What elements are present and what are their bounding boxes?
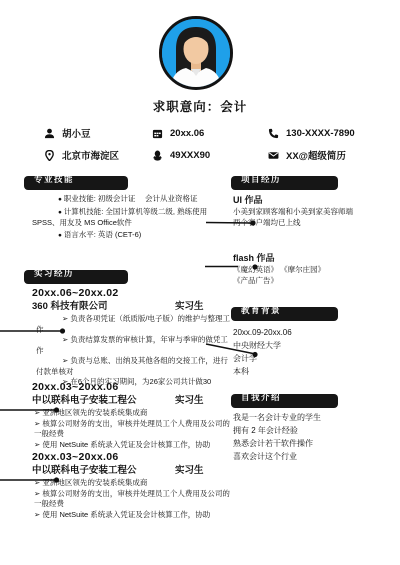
job-bullet: 亚洲地区领先的安装系统集成商 — [32, 478, 234, 489]
location-icon — [44, 150, 55, 161]
section-header-education: 教育背景 — [231, 307, 338, 321]
section-header-skills: 专业技能 — [24, 176, 128, 190]
section-title-education: 教育背景 — [241, 307, 281, 316]
contact-birth-label: 20xx.06 — [170, 128, 204, 139]
contact-phone-label: 130-XXXX-7890 — [286, 128, 355, 139]
contact-phone: 130-XXXX-7890 — [268, 126, 355, 140]
skill-item: 语言水平: 英语 (CET-6) — [28, 230, 230, 242]
project-group-title: flash 作品 — [233, 252, 361, 264]
education-degree: 本科 — [233, 365, 361, 378]
internship-job-3: 20xx.03~20xx.06 中以联科电子安装工程公 实习生 亚洲地区领先的安… — [32, 451, 234, 520]
job-role: 实习生 — [175, 464, 204, 477]
about-line: 熟悉会计若干软件操作 — [233, 437, 361, 450]
project-line: 《产品广告》 — [233, 275, 361, 286]
contact-address: 北京市海淀区 — [44, 148, 119, 162]
phone-icon — [268, 128, 279, 139]
contact-qq: 49XXX90 — [152, 148, 210, 162]
contact-email: XX@超级简历 — [268, 148, 346, 162]
job-period: 20xx.06~20xx.02 — [32, 287, 234, 300]
contact-qq-label: 49XXX90 — [170, 150, 210, 161]
qq-icon — [152, 150, 163, 161]
about-content: 我是一名会计专业的学生 拥有 2 年会计经验 熟悉会计若干软件操作 喜欢会计这个… — [233, 411, 361, 463]
job-bullet: 使用 NetSuite 系统录入凭证及会计核算工作，协助 — [32, 510, 234, 521]
section-title-about: 自我介绍 — [241, 394, 281, 403]
section-title-projects: 项目经历 — [241, 176, 281, 185]
job-role: 实习生 — [175, 394, 204, 407]
job-period: 20xx.03~20xx.06 — [32, 381, 234, 394]
portrait-illustration — [162, 19, 230, 87]
project-line: 小美到家顾客端和小美到家美容师端 — [233, 206, 361, 217]
skills-list: 职业技能: 初级会计证 会计从业资格证 计算机技能: 全国计算机等级二级, 熟练… — [28, 194, 230, 242]
job-bullet: 负责结算发票的审核计算，年审与季审的做凭工作 — [32, 335, 234, 356]
education-period: 20xx.09-20xx.06 — [233, 326, 361, 339]
section-title-skills: 专业技能 — [34, 176, 74, 185]
calendar-icon — [152, 128, 163, 139]
job-company: 中以联科电子安装工程公 — [32, 394, 175, 407]
project-line: 《魔幻英语》 《摩尔庄园》 — [233, 264, 361, 275]
profile-photo — [159, 16, 233, 90]
skill-item: 计算机技能: 全国计算机等级二级, 熟练使用 SPSS、用友及 MS Offic… — [28, 207, 230, 229]
internship-job-2: 20xx.03~20xx.06 中以联科电子安装工程公 实习生 亚洲地区领先的安… — [32, 381, 234, 450]
contact-birth: 20xx.06 — [152, 126, 204, 140]
contact-address-label: 北京市海淀区 — [62, 148, 119, 162]
project-line: 两个客户端均已上线 — [233, 217, 361, 228]
contact-email-label: XX@超级简历 — [286, 148, 346, 162]
contact-name: 胡小豆 — [44, 126, 91, 140]
contact-name-label: 胡小豆 — [62, 126, 91, 140]
job-bullet: 核算公司财务的支出，审核并处理员工个人费用及公司的一般经费 — [32, 489, 234, 510]
job-bullet: 负责各项凭证（纸质版/电子版）的维护与整理工作 — [32, 314, 234, 335]
section-header-internship: 实习经历 — [24, 270, 128, 284]
section-header-projects: 项目经历 — [231, 176, 338, 190]
skill-item: 职业技能: 初级会计证 会计从业资格证 — [28, 194, 230, 206]
mail-icon — [268, 150, 279, 161]
job-intention-title: 求职意向：会计 — [0, 97, 400, 115]
education-content: 20xx.09-20xx.06 中央财经大学 会计学 本科 — [233, 326, 361, 378]
education-major: 会计学 — [233, 352, 361, 365]
about-line: 拥有 2 年会计经验 — [233, 424, 361, 437]
job-bullet: 使用 NetSuite 系统录入凭证及会计核算工作，协助 — [32, 440, 234, 451]
user-icon — [44, 128, 55, 139]
job-role: 实习生 — [175, 300, 204, 313]
section-header-about: 自我介绍 — [231, 394, 338, 408]
job-company: 中以联科电子安装工程公 — [32, 464, 175, 477]
about-line: 喜欢会计这个行业 — [233, 450, 361, 463]
about-line: 我是一名会计专业的学生 — [233, 411, 361, 424]
internship-job-1: 20xx.06~20xx.02 360 科技有限公司 实习生 负责各项凭证（纸质… — [32, 287, 234, 388]
job-bullet: 核算公司财务的支出，审核并处理员工个人费用及公司的一般经费 — [32, 419, 234, 440]
job-period: 20xx.03~20xx.06 — [32, 451, 234, 464]
project-group-title: UI 作品 — [233, 194, 361, 206]
job-bullet: 负责与总账、出纳及其他各组的交接工作，进行付款单核对 — [32, 356, 234, 377]
projects-content: UI 作品 小美到家顾客端和小美到家美容师端 两个客户端均已上线 flash 作… — [233, 194, 361, 286]
education-school: 中央财经大学 — [233, 339, 361, 352]
section-title-internship: 实习经历 — [34, 270, 74, 279]
job-bullet: 亚洲地区领先的安装系统集成商 — [32, 408, 234, 419]
job-company: 360 科技有限公司 — [32, 300, 175, 313]
